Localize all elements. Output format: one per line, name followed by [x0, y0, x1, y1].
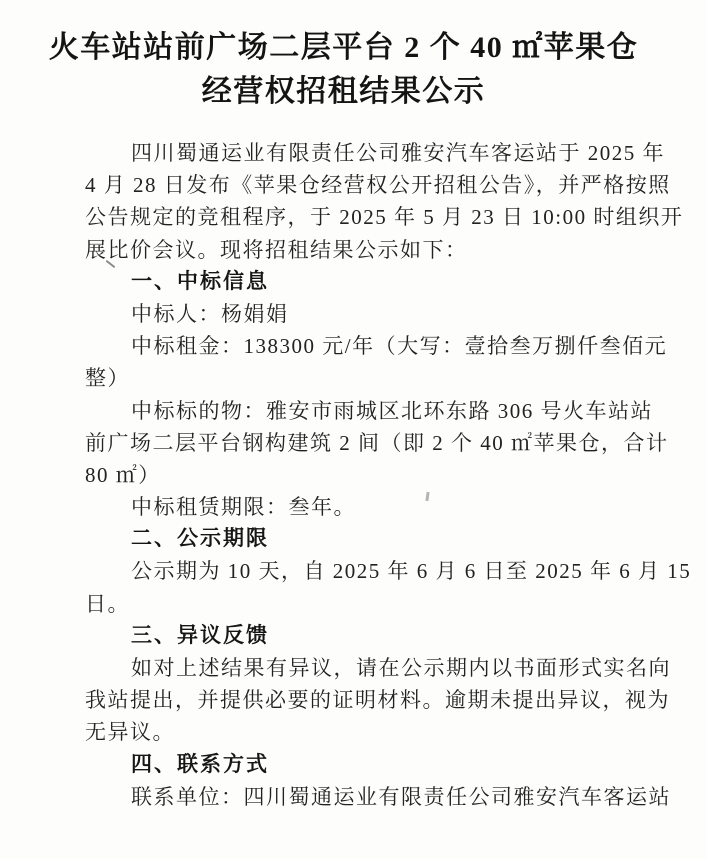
section-heading-contact-info: 四、联系方式	[85, 749, 645, 781]
winning-bidder-line: 中标人：杨娟娟	[85, 298, 645, 330]
winning-rent-line: 中标租金：138300 元/年（大写：壹拾叁万捌仟叁佰元	[85, 330, 645, 362]
objection-line: 无异议。	[85, 716, 645, 748]
lease-term-line: 中标租赁期限：叁年。	[85, 491, 645, 523]
contact-unit-line: 联系单位：四川蜀通运业有限责任公司雅安汽车客运站	[85, 781, 645, 813]
paragraph-intro-line: 公告规定的竞租程序，于 2025 年 5 月 23 日 10:00 时组织开	[85, 201, 645, 233]
publicity-period-line: 公示期为 10 天，自 2025 年 6 月 6 日至 2025 年 6 月 1…	[85, 555, 645, 587]
section-heading-winning-bid-info: 一、中标信息	[85, 266, 645, 298]
winning-rent-line: 整）	[85, 362, 645, 394]
bid-subject-line: 80 ㎡）	[85, 459, 645, 491]
scanned-notice-page: 火车站站前广场二层平台 2 个 40 ㎡苹果仓 经营权招租结果公示 四川蜀通运业…	[0, 0, 707, 859]
section-heading-objection-feedback: 三、异议反馈	[85, 620, 645, 652]
paragraph-intro-line: 四川蜀通运业有限责任公司雅安汽车客运站于 2025 年	[85, 137, 645, 169]
objection-line: 如对上述结果有异议，请在公示期内以书面形式实名向	[85, 652, 645, 684]
bid-subject-line: 中标标的物：雅安市雨城区北环东路 306 号火车站站	[85, 395, 645, 427]
document-title-line-1: 火车站站前广场二层平台 2 个 40 ㎡苹果仓	[40, 26, 647, 70]
document-body: 四川蜀通运业有限责任公司雅安汽车客运站于 2025 年 4 月 28 日发布《苹…	[85, 137, 645, 813]
document-title-line-2: 经营权招租结果公示	[40, 70, 647, 114]
objection-line: 我站提出，并提供必要的证明材料。逾期未提出异议，视为	[85, 684, 645, 716]
paragraph-intro-line: 4 月 28 日发布《苹果仓经营权公开招租公告》，并严格按照	[85, 169, 645, 201]
bid-subject-line: 前广场二层平台钢构建筑 2 间（即 2 个 40 ㎡苹果仓，合计	[85, 427, 645, 459]
section-heading-publicity-period: 二、公示期限	[85, 523, 645, 555]
document-title: 火车站站前广场二层平台 2 个 40 ㎡苹果仓 经营权招租结果公示	[40, 26, 647, 114]
publicity-period-line: 日。	[85, 588, 645, 620]
paragraph-intro-line: 展比价会议。现将招租结果公示如下：	[85, 234, 645, 266]
